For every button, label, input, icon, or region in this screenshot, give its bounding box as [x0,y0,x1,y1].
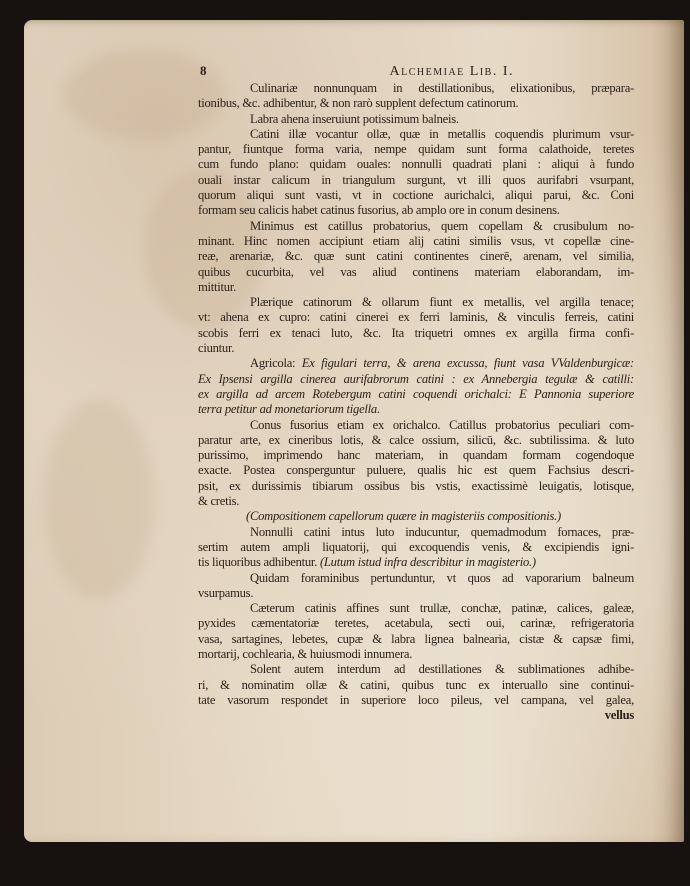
text-line: Agricola: Ex figulari terra, & arena exc… [198,356,634,371]
text-line: ciuntur. [198,341,634,356]
text-line: Ex Ipsensi argilla cinerea aurifabrorum … [198,372,634,387]
text-line: Minimus est catillus probatorius, quem c… [198,219,634,234]
text-line: Catini illæ vocantur ollæ, quæ in metall… [198,127,634,142]
page-header: 8 Alchemiae Lib. I. [200,63,634,79]
text-line: cum fundo plano: quidam ouales: nonnulli… [198,157,634,172]
text-line: Quidam foraminibus pertunduntur, vt quos… [198,571,634,586]
text-line: Cæterum catinis affines sunt trullæ, con… [198,601,634,616]
text-line: vt: ahena ex cupro: catini cinerei ex fe… [198,310,634,325]
text-line: ouali instar calicum in triangulum surgu… [198,173,634,188]
paragraph: Minimus est catillus probatorius, quem c… [198,219,634,295]
text-line: scobis ferri ex tenaci luto, &c. Ita tri… [198,326,634,341]
text-line: tionibus, &c. adhibentur, & non rarò sup… [198,96,634,111]
paragraph: (Compositionem capellorum quære in magis… [198,509,634,524]
text-line: quorum aliqui sunt vasti, vt in coctione… [198,188,634,203]
paragraph: Nonnulli catini intus luto inducuntur, q… [198,525,634,571]
text-line: purissimo, imprimendo hanc materiam, in … [198,448,634,463]
paragraph: Labra ahena inseruiunt potissimum balnei… [198,112,634,127]
page-number: 8 [200,63,206,78]
paragraph: Conus fusorius etiam ex orichalco. Catil… [198,418,634,510]
text-line: minant. Hinc nomen accipiunt etiam alij … [198,234,634,249]
paragraph: Quidam foraminibus pertunduntur, vt quos… [198,571,634,602]
text-line: Solent autem interdum ad destillationes … [198,662,634,677]
text-line: Culinariæ nonnunquam in destillationibus… [198,81,634,96]
paragraph: Plærique catinorum & ollarum fiunt ex me… [198,295,634,356]
text-line: (Compositionem capellorum quære in magis… [198,509,634,524]
text-line: paratur arte, ex cineribus lotis, & calc… [198,433,634,448]
text-line: formam seu calicis habet catinus fusoriu… [198,203,634,218]
text-line: Labra ahena inseruiunt potissimum balnei… [198,112,634,127]
paragraph: Catini illæ vocantur ollæ, quæ in metall… [198,127,634,219]
body-text: Culinariæ nonnunquam in destillationibus… [198,81,634,708]
paragraph: Culinariæ nonnunquam in destillationibus… [198,81,634,112]
text-line: tis liquoribus adhibentur. (Lutum istud … [198,555,634,570]
text-line: tate vasorum respondet in superiore loco… [198,693,634,708]
text-line: vsurpamus. [198,586,634,601]
text-line: psit, ex durissimis tibiarum ossibus bis… [198,479,634,494]
text-line: exacte. Postea consperguntur puluere, qu… [198,463,634,478]
text-line: Conus fusorius etiam ex orichalco. Catil… [198,418,634,433]
catchword: vellus [198,708,634,723]
text-line: vasa, sartagines, lebetes, cupæ & labra … [198,632,634,647]
text-line: ex argilla ad arcem Rotebergum catini co… [198,387,634,402]
running-head: Alchemiae Lib. I. [390,64,514,79]
text-line: mortarij, cochlearia, & huiusmodi innume… [198,647,634,662]
page-text: 8 Alchemiae Lib. I. Culinariæ nonnunquam… [198,63,634,723]
text-line: reæ, arenariæ, &c. quæ sunt catini conti… [198,249,634,264]
text-line: Nonnulli catini intus luto inducuntur, q… [198,525,634,540]
text-line: ri, & nominatim ollæ & catini, quibus tu… [198,678,634,693]
text-line: sertim autem ampli liquatorij, qui excoq… [198,540,634,555]
text-line: pantur, fiuntque forma varia, nempe quid… [198,142,634,157]
text-line: & cretis. [198,494,634,509]
paragraph: Agricola: Ex figulari terra, & arena exc… [198,356,634,417]
paragraph: Cæterum catinis affines sunt trullæ, con… [198,601,634,662]
water-stain [44,400,154,600]
text-line: quibus cucurbita, vel vas aliud continen… [198,265,634,280]
text-line: mittitur. [198,280,634,295]
text-line: pyxides cæmentatoriæ teretes, acetabula,… [198,616,634,631]
text-line: Plærique catinorum & ollarum fiunt ex me… [198,295,634,310]
paragraph: Solent autem interdum ad destillationes … [198,662,634,708]
text-line: terra petitur ad monetariorum tigella. [198,402,634,417]
